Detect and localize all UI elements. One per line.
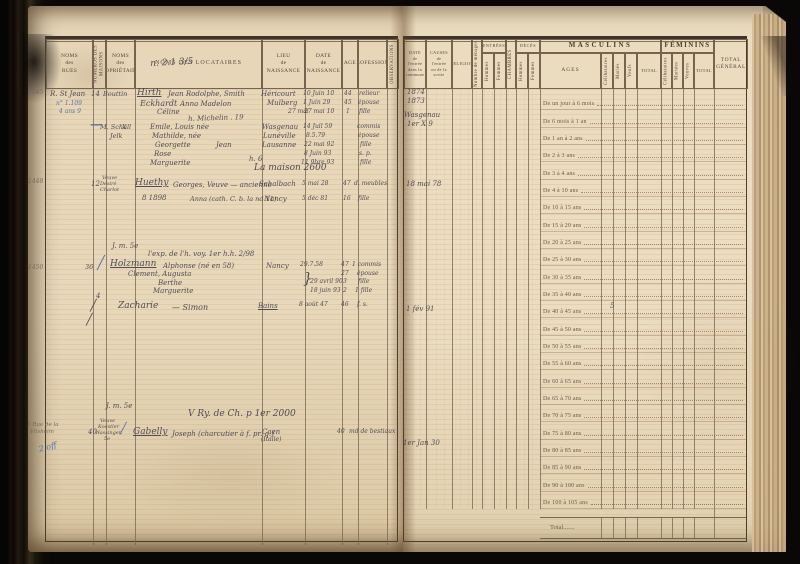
right-page-table: DATE de l'entrée dans la commune CAUSES … [403, 36, 747, 542]
age-row-leader [586, 139, 743, 141]
age-row-leader [584, 260, 743, 262]
age-row: De 60 à 65 ans [540, 370, 746, 387]
subcol-header-m-celibataires: Célibataires [601, 53, 613, 89]
col-header-menages: Nombre de ménages [472, 39, 482, 89]
age-row-label: De 90 à 100 ans [540, 483, 585, 491]
grid-line [506, 89, 507, 509]
grid-line [387, 89, 388, 545]
age-total-label: Total....... [540, 525, 575, 532]
age-row-label: De 80 à 85 ans [540, 448, 581, 456]
subcol-header-f-celibataires: Célibataires [661, 53, 672, 89]
col-header-age: AGE [342, 39, 358, 89]
subcol-header-entrees-hommes: Hommes [482, 53, 494, 89]
col-header-chambres: CHAMBRES [506, 39, 516, 89]
age-row-label: De 3 à 4 ans [540, 171, 575, 179]
age-row: De 35 à 40 ans [540, 284, 746, 301]
age-row: De 20 à 25 ans [540, 232, 746, 249]
age-row-label: De 1 an à 2 ans [540, 136, 583, 144]
age-row-leader [584, 208, 743, 210]
age-row-leader [588, 486, 743, 488]
col-header-religion: RELIGION [452, 39, 472, 89]
age-row-leader [584, 434, 743, 436]
col-header-ages: AGES [540, 53, 601, 89]
age-row-label: De 25 à 30 ans [540, 257, 581, 265]
grid-line [637, 517, 638, 539]
grid-line [452, 89, 453, 509]
age-row-label: De 6 mois à 1 an [540, 119, 587, 127]
age-total-row: Total....... [540, 517, 746, 539]
group-header-masculins: MASCULINS [540, 39, 661, 53]
grid-line [613, 517, 614, 539]
grid-line [613, 89, 614, 509]
grid-line [135, 89, 136, 545]
grid-line [358, 89, 359, 545]
col-header-lieu-naissance: LIEU de NAISSANCE [262, 39, 305, 89]
subcol-header-f-mariees: Mariées [672, 53, 683, 89]
age-row: De 45 à 50 ans [540, 318, 746, 335]
grid-line [601, 89, 602, 509]
grid-line [93, 89, 94, 545]
age-row: De 15 à 20 ans [540, 214, 746, 231]
grid-line [494, 89, 495, 509]
age-row: De 4 à 10 ans [540, 180, 746, 197]
age-row: De 30 à 35 ans [540, 266, 746, 283]
grid-line [672, 517, 673, 539]
group-header-deces: DÉCÈS [516, 39, 540, 53]
age-row-leader [584, 243, 743, 245]
col-header-noms-rues: NOMS des RUES [46, 39, 93, 89]
age-row-label: De 45 à 50 ans [540, 327, 581, 335]
age-row-label: De 55 à 60 ans [540, 361, 581, 369]
grid-line [528, 89, 529, 509]
grid-line [683, 89, 684, 509]
grid-line [472, 89, 473, 509]
age-row: De 65 à 70 ans [540, 388, 746, 405]
age-row: De 85 à 90 ans [540, 457, 746, 474]
col-header-m-total: TOTAL [637, 53, 661, 89]
age-row: De 1 an à 2 ans [540, 128, 746, 145]
age-row-label: De 4 à 10 ans [540, 188, 578, 196]
age-row-leader [584, 382, 743, 384]
age-row-label: De 65 à 70 ans [540, 396, 581, 404]
col-header-numeros-maisons: NUMÉROS DES MAISONS [93, 39, 106, 89]
book-gutter-shadow [390, 6, 416, 552]
col-header-date-naissance: DATE de NAISSANCE [305, 39, 342, 89]
col-header-proprietaires: NOMS des PROPRIÉTAIRES [106, 39, 135, 89]
subcol-header-entrees-femmes: Femmes [494, 53, 506, 89]
age-row-label: De 15 à 20 ans [540, 223, 581, 231]
age-row: De 75 à 80 ans [540, 422, 746, 439]
grid-line [694, 89, 695, 509]
age-row-label: De 20 à 25 ans [540, 240, 581, 248]
age-row: De 50 à 55 ans [540, 336, 746, 353]
age-row: De 10 à 15 ans [540, 197, 746, 214]
age-row-leader [584, 347, 743, 349]
col-header-locataires: NOMS DES LOCATAIRES [135, 39, 262, 89]
age-row: De un jour à 6 mois [540, 93, 746, 110]
subcol-header-f-veuves: Veuves [683, 53, 694, 89]
col-header-professions: PROFESSIONS [358, 39, 387, 89]
age-row-leader [584, 226, 743, 228]
age-row: De 80 à 85 ans [540, 440, 746, 457]
fine-ruling [46, 89, 397, 545]
grid-line [661, 517, 662, 539]
scanned-register-spread: NOMS des RUES NUMÉROS DES MAISONS NOMS d… [0, 0, 800, 564]
age-row: De 6 mois à 1 an [540, 110, 746, 127]
col-header-f-total: TOTAL [694, 53, 714, 89]
col-header-causes: CAUSES de l'entrée ou de la sortie [426, 39, 452, 89]
age-row-leader [584, 295, 743, 297]
age-row-label: De 40 à 45 ans [540, 309, 581, 317]
grid-line [342, 89, 343, 545]
age-row-leader [581, 191, 743, 193]
subcol-header-deces-femmes: Femmes [528, 53, 540, 89]
age-row-label: De 60 à 65 ans [540, 379, 581, 387]
age-row-label: De 100 à 105 ans [540, 500, 588, 508]
age-row-leader [584, 312, 743, 314]
subcol-header-m-veufs: Veufs [625, 53, 637, 89]
grid-line [637, 89, 638, 509]
grid-line [601, 517, 602, 539]
grid-line [540, 89, 541, 509]
age-row-label: De 35 à 40 ans [540, 292, 581, 300]
age-row-label: De 70 à 75 ans [540, 413, 581, 421]
age-row: De 70 à 75 ans [540, 405, 746, 422]
age-row-label: De un jour à 6 mois [540, 101, 594, 109]
age-row: De 3 à 4 ans [540, 162, 746, 179]
subcol-header-m-maries: Mariés [613, 53, 625, 89]
age-row-label: De 85 à 90 ans [540, 465, 581, 473]
grid-line [625, 517, 626, 539]
grid-line [683, 517, 684, 539]
age-row-label: De 10 à 15 ans [540, 205, 581, 213]
grid-line [426, 89, 427, 509]
age-row-label: De 2 à 3 ans [540, 153, 575, 161]
grid-line [516, 89, 517, 509]
age-row-leader [584, 399, 743, 401]
age-row-leader [597, 104, 743, 106]
age-row: De 40 à 45 ans [540, 301, 746, 318]
age-row-leader [584, 364, 743, 366]
grid-line [305, 89, 306, 545]
age-row-leader [584, 278, 743, 280]
grid-line [625, 89, 626, 509]
age-row-leader [584, 416, 743, 418]
age-rows: De un jour à 6 mois De 6 mois à 1 an De … [540, 93, 746, 509]
age-row-label: De 30 à 35 ans [540, 275, 581, 283]
grid-line [694, 517, 695, 539]
age-row-leader [584, 330, 743, 332]
age-row: De 100 à 105 ans [540, 492, 746, 509]
age-row-leader [584, 468, 743, 470]
age-row: De 55 à 60 ans [540, 353, 746, 370]
left-page-table: NOMS des RUES NUMÉROS DES MAISONS NOMS d… [45, 36, 398, 542]
age-row: De 2 à 3 ans [540, 145, 746, 162]
grid-line [482, 89, 483, 509]
torn-corner-shadow [742, 36, 786, 96]
grid-line [661, 89, 662, 509]
subcol-header-deces-hommes: Hommes [516, 53, 528, 89]
age-row: De 90 à 100 ans [540, 474, 746, 491]
grid-line [672, 89, 673, 509]
age-row-leader [584, 451, 743, 453]
grid-line [714, 89, 715, 539]
grid-line [106, 89, 107, 545]
grid-line [262, 89, 263, 545]
age-row-label: De 75 à 80 ans [540, 431, 581, 439]
age-row-label: De 50 à 55 ans [540, 344, 581, 352]
age-row: De 25 à 30 ans [540, 249, 746, 266]
group-header-entrees: ENTRÉES [482, 39, 506, 53]
